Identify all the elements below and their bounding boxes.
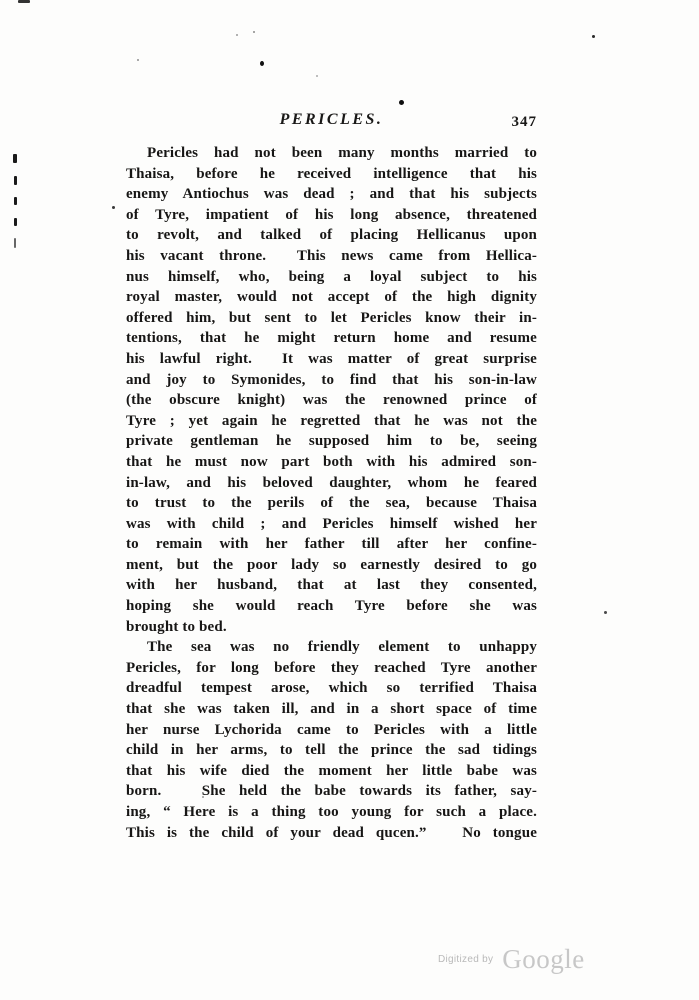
body-text: Pericles had not been many months marrie… [126, 143, 537, 843]
text-line: his vacant throne. This news came from H… [126, 246, 537, 267]
text-line: tentions, that he might return home and … [126, 328, 537, 349]
text-line: Pericles, for long before they reached T… [126, 658, 537, 679]
ink-speck [604, 611, 607, 614]
ink-speck [399, 100, 404, 105]
text-line: Thaisa, before he received intelligence … [126, 164, 537, 185]
text-line: that his wife died the moment her little… [126, 761, 537, 782]
running-title: PERICLES. [126, 111, 537, 129]
ink-speck [316, 75, 318, 77]
text-line: nus himself, who, being a loyal subject … [126, 267, 537, 288]
text-line: offered him, but sent to let Pericles kn… [126, 308, 537, 329]
scanned-book-page: PERICLES. 347 Pericles had not been many… [0, 0, 699, 1000]
text-line: his lawful right. It was matter of great… [126, 349, 537, 370]
google-logo: Google [502, 944, 584, 974]
text-line: with her husband, that at last they cons… [126, 575, 537, 596]
text-line: born. She held the babe towards its fath… [126, 781, 537, 802]
text-line: of Tyre, impatient of his long absence, … [126, 205, 537, 226]
text-line: hoping she would reach Tyre before she w… [126, 596, 537, 617]
ink-speck [137, 59, 139, 61]
text-line: private gentleman he supposed him to be,… [126, 431, 537, 452]
watermark-prefix: Digitized by [438, 954, 493, 965]
text-line: The sea was no friendly element to unhap… [126, 637, 537, 658]
ink-speck [260, 61, 264, 66]
text-line: Pericles had not been many months marrie… [126, 143, 537, 164]
ink-speck [236, 34, 238, 36]
text-line: ment, but the poor lady so earnestly des… [126, 555, 537, 576]
text-line: to revolt, and talked of placing Hellica… [126, 225, 537, 246]
text-line: that he must now part both with his admi… [126, 452, 537, 473]
text-line: and joy to Symonides, to find that his s… [126, 370, 537, 391]
ink-speck [18, 0, 30, 3]
text-line: her nurse Lychorida came to Pericles wit… [126, 720, 537, 741]
text-line: to remain with her father till after her… [126, 534, 537, 555]
ink-speck [253, 31, 255, 33]
text-line: enemy Antiochus was dead ; and that his … [126, 184, 537, 205]
page-edge-artifact [14, 197, 17, 205]
page-edge-artifact [14, 176, 17, 185]
page-number: 347 [512, 114, 538, 131]
page-edge-artifact [13, 154, 17, 163]
text-line: dreadful tempest arose, which so terrifi… [126, 678, 537, 699]
text-line: ing, “ Here is a thing too young for suc… [126, 802, 537, 823]
text-line: in-law, and his beloved daughter, whom h… [126, 473, 537, 494]
page-edge-artifact [14, 238, 16, 248]
watermark: Digitized by Google [438, 944, 598, 980]
page-header: PERICLES. 347 [126, 111, 537, 133]
text-line: (the obscure knight) was the renowned pr… [126, 390, 537, 411]
text-line: that she was taken ill, and in a short s… [126, 699, 537, 720]
text-line: to trust to the perils of the sea, becau… [126, 493, 537, 514]
text-line: royal master, would not accept of the hi… [126, 287, 537, 308]
text-line: Tyre ; yet again he regretted that he wa… [126, 411, 537, 432]
ink-speck [592, 35, 595, 38]
text-line: brought to bed. [126, 617, 537, 638]
ink-speck [202, 796, 204, 798]
text-line: This is the child of your dead qucen.” N… [126, 823, 537, 844]
page-edge-artifact [14, 218, 17, 226]
text-line: child in her arms, to tell the prince th… [126, 740, 537, 761]
ink-speck [112, 206, 115, 209]
text-line: was with child ; and Pericles himself wi… [126, 514, 537, 535]
